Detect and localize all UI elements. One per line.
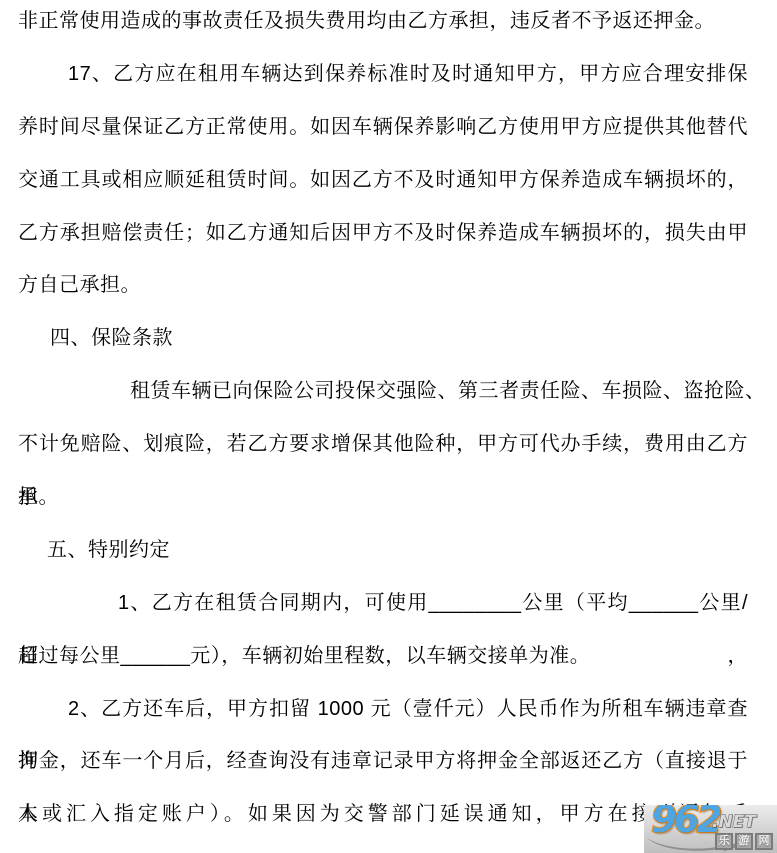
section-heading-special-terms: 五、特别约定 [18,524,748,577]
section-heading-insurance: 四、保险条款 [18,312,748,365]
contract-line-special-2: 2、乙方还车后，甲方扣留 1000 元（壹仟元）人民币作为所租车辆违章查询 [18,683,748,736]
contract-line: 担。 [18,471,748,524]
watermark-net-text: .NET [712,812,756,832]
contract-line: 非正常使用造成的事故责任及损失费用均由乙方承担，违反者不予返还押金。 [18,0,748,48]
contract-line-special-1: 1、乙方在租赁合同期内，可使用________公里（平均______公里/日， [18,577,748,630]
contract-line: 方自己承担。 [18,259,748,312]
contract-line: 乙方承担赔偿责任；如乙方通知后因甲方不及时保养造成车辆损坏的，损失由甲 [18,207,748,260]
contract-line: 不计免赔险、划痕险，若乙方要求增保其他险种，甲方可代办手续，费用由乙方承 [18,418,748,471]
leyou-962-watermark-logo: 962 .NET 乐 游 网 [644,805,777,853]
watermark-site-name: 乐 游 网 [715,833,773,850]
contract-line-clause-17: 17、乙方应在租用车辆达到保养标准时及时通知甲方，甲方应合理安排保 [18,48,748,101]
contract-line: 租赁车辆已向保险公司投保交强险、第三者责任险、车损险、盗抢险、 [18,365,748,418]
contract-page: 非正常使用造成的事故责任及损失费用均由乙方承担，违反者不予返还押金。 17、乙方… [0,0,777,841]
watermark-site-char: 乐 [715,833,733,850]
contract-line: 交通工具或相应顺延租赁时间。如因乙方不及时通知甲方保养造成车辆损坏的， [18,154,748,207]
contract-line: 押金，还车一个月后，经查询没有违章记录甲方将押金全部返还乙方（直接退于本 [18,735,748,788]
contract-line: 人或汇入指定账户）。如果因为交警部门延误通知，甲方在接到通知后 [18,788,748,841]
watermark-962-text: 962 [651,805,719,841]
watermark-site-char: 游 [735,833,753,850]
contract-line: 养时间尽量保证乙方正常使用。如因车辆保养影响乙方使用甲方应提供其他替代 [18,101,748,154]
watermark-site-char: 网 [755,833,773,850]
